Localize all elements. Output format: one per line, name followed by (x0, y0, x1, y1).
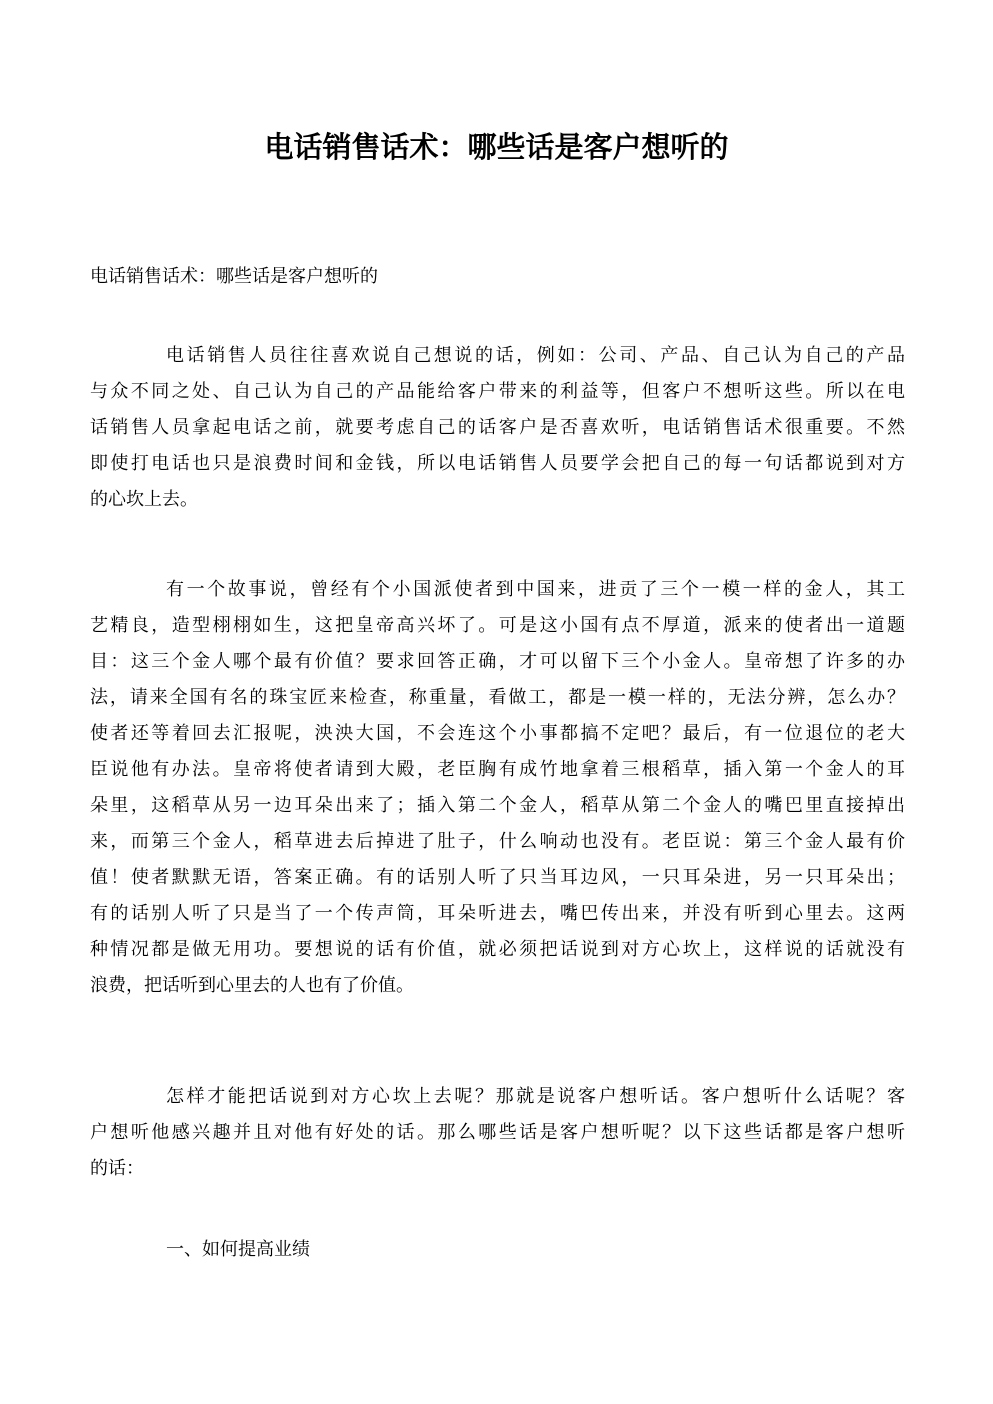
paragraph-line: 法，请来全国有名的珠宝匠来检查，称重量，看做工，都是一模一样的，无法分辨，怎么办… (90, 680, 905, 716)
paragraph-line: 来，而第三个金人，稻草进去后掉进了肚子，什么响动也没有。老臣说：第三个金人最有价 (90, 824, 905, 860)
document-page: 电话销售话术：哪些话是客户想听的 电话销售话术：哪些话是客户想听的 电话销售人员… (0, 0, 993, 1404)
document-subtitle: 电话销售话术：哪些话是客户想听的 (90, 265, 378, 289)
paragraph-line: 有的话别人听了只是当了一个传声筒，耳朵听进去，嘴巴传出来，并没有听到心里去。这两 (90, 896, 905, 932)
paragraph-line: 浪费，把话听到心里去的人也有了价值。 (90, 968, 905, 1004)
paragraph-line: 使者还等着回去汇报呢，泱泱大国，不会连这个小事都搞不定吧？最后，有一位退位的老大 (90, 716, 905, 752)
paragraph-line: 目：这三个金人哪个最有价值？要求回答正确，才可以留下三个小金人。皇帝想了许多的办 (90, 644, 905, 680)
paragraph-line: 朵里，这稻草从另一边耳朵出来了；插入第二个金人，稻草从第二个金人的嘴巴里直接掉出 (90, 788, 905, 824)
paragraph-line: 怎样才能把话说到对方心坎上去呢？那就是说客户想听话。客户想听什么话呢？客 (90, 1079, 905, 1115)
paragraph-line: 种情况都是做无用功。要想说的话有价值，就必须把话说到对方心坎上，这样说的话就没有 (90, 932, 905, 968)
paragraph-line: 有一个故事说，曾经有个小国派使者到中国来，进贡了三个一模一样的金人，其工 (90, 572, 905, 608)
paragraph-line: 即使打电话也只是浪费时间和金钱，所以电话销售人员要学会把自己的每一句话都说到对方 (90, 446, 905, 482)
paragraph-line: 艺精良，造型栩栩如生，这把皇帝高兴坏了。可是这小国有点不厚道，派来的使者出一道题 (90, 608, 905, 644)
document-title: 电话销售话术：哪些话是客户想听的 (0, 127, 993, 167)
paragraph-line: 臣说他有办法。皇帝将使者请到大殿，老臣胸有成竹地拿着三根稻草，插入第一个金人的耳 (90, 752, 905, 788)
section-heading: 一、如何提高业绩 (166, 1238, 310, 1262)
paragraph-intro: 电话销售人员往往喜欢说自己想说的话，例如：公司、产品、自己认为自己的产品 与众不… (90, 338, 905, 518)
paragraph-line: 的话： (90, 1151, 905, 1187)
paragraph-line: 户想听他感兴趣并且对他有好处的话。那么哪些话是客户想听呢？以下这些话都是客户想听 (90, 1115, 905, 1151)
paragraph-line: 电话销售人员往往喜欢说自己想说的话，例如：公司、产品、自己认为自己的产品 (90, 338, 905, 374)
paragraph-question: 怎样才能把话说到对方心坎上去呢？那就是说客户想听话。客户想听什么话呢？客 户想听… (90, 1079, 905, 1187)
paragraph-line: 话销售人员拿起电话之前，就要考虑自己的话客户是否喜欢听，电话销售话术很重要。不然 (90, 410, 905, 446)
paragraph-line: 的心坎上去。 (90, 482, 905, 518)
paragraph-story: 有一个故事说，曾经有个小国派使者到中国来，进贡了三个一模一样的金人，其工 艺精良… (90, 572, 905, 1004)
paragraph-line: 值！使者默默无语，答案正确。有的话别人听了只当耳边风，一只耳朵进，另一只耳朵出； (90, 860, 905, 896)
paragraph-line: 与众不同之处、自己认为自己的产品能给客户带来的利益等，但客户不想听这些。所以在电 (90, 374, 905, 410)
